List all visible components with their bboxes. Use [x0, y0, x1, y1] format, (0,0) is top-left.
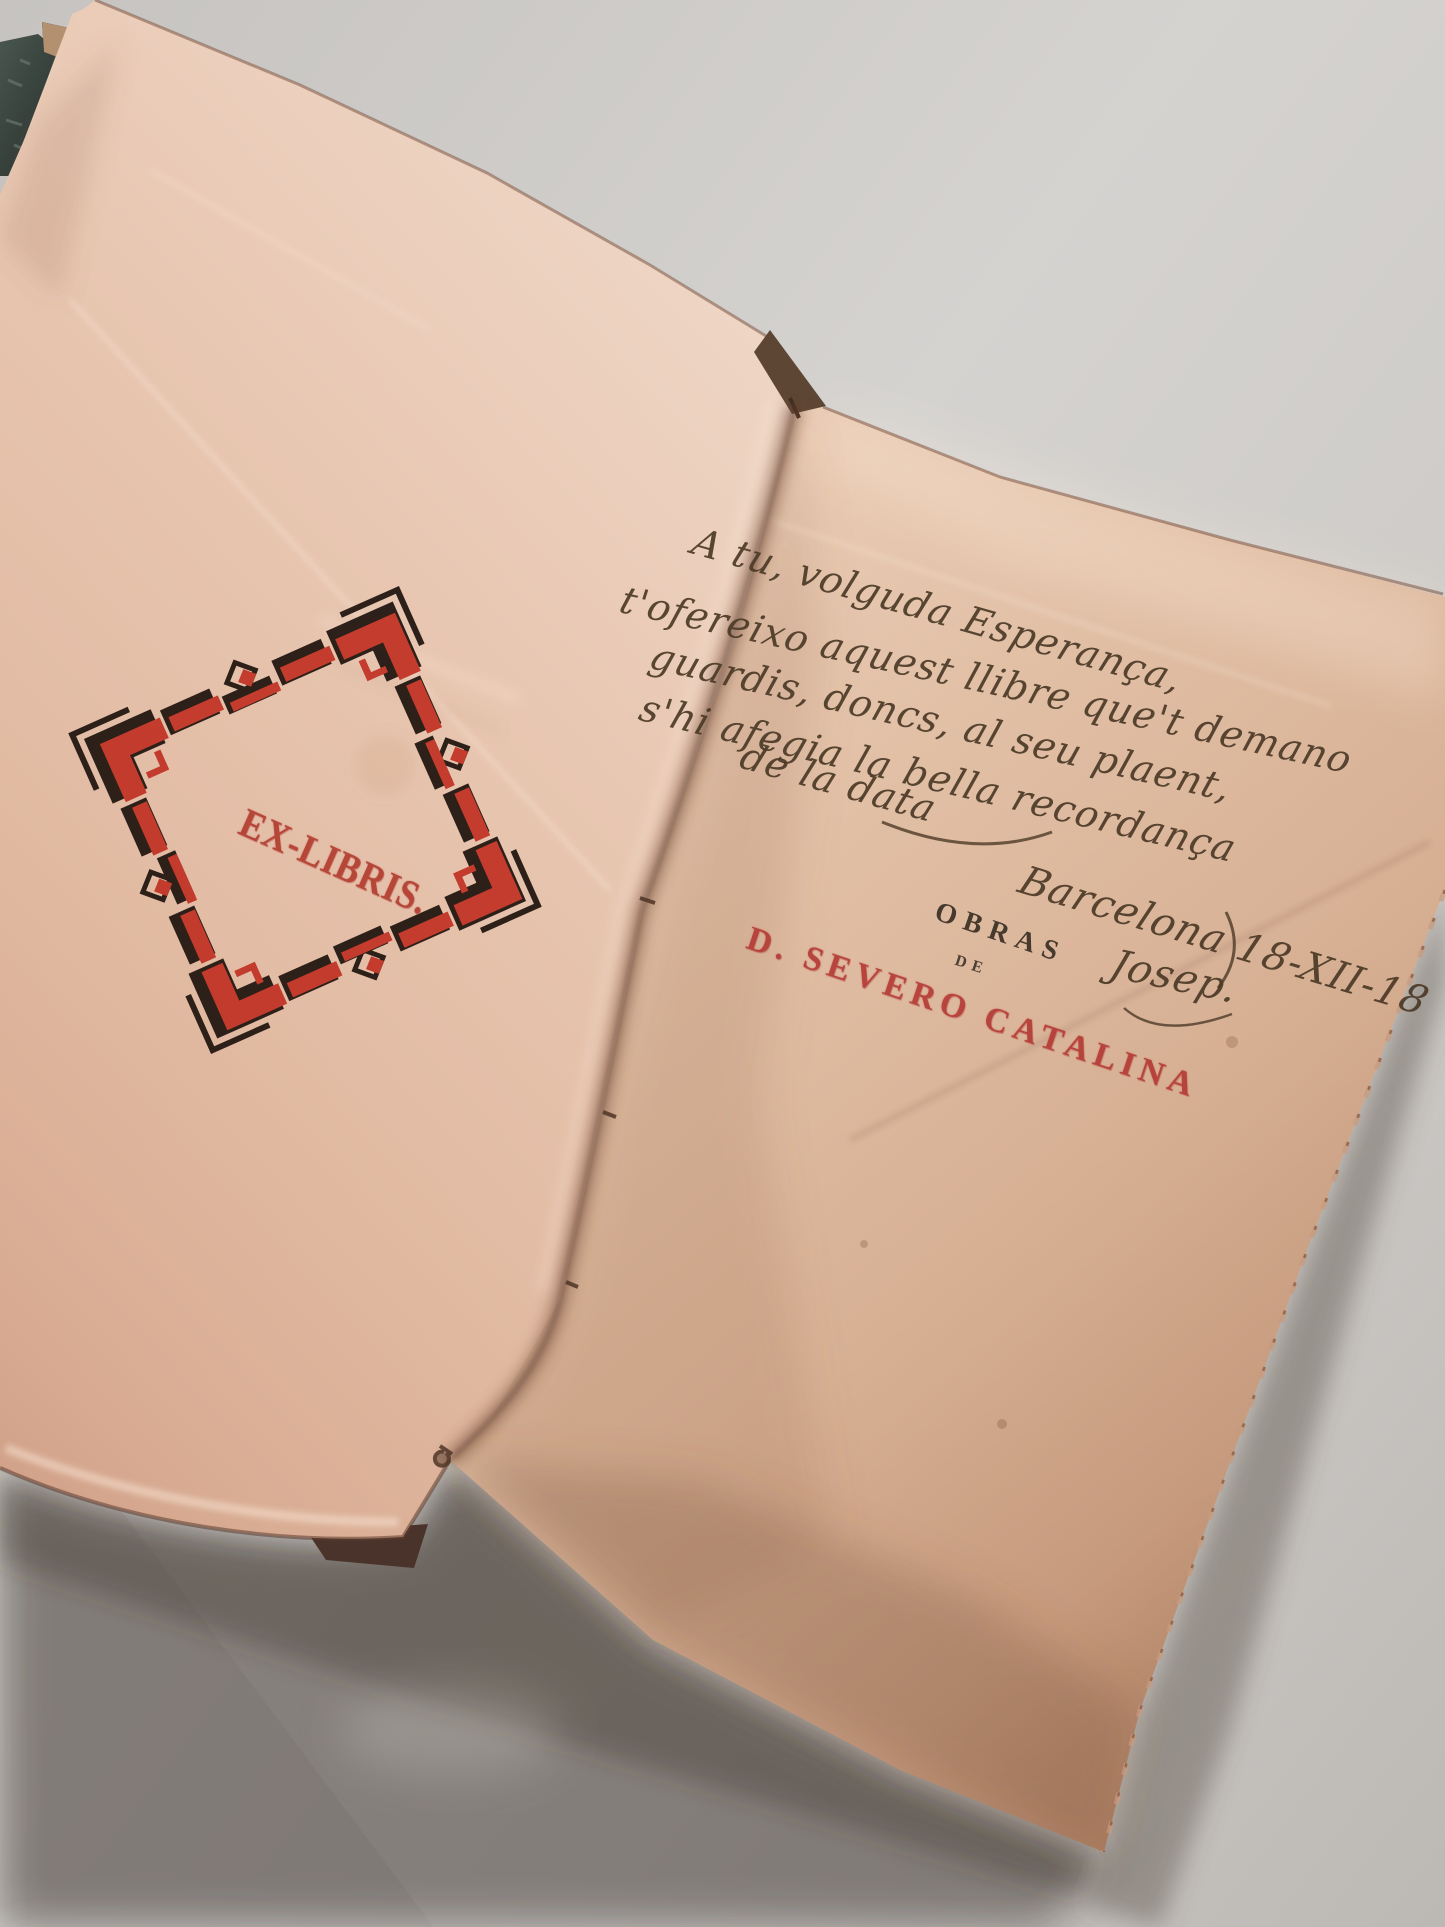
book-photo: EX-LIBRIS. A tu, volguda Esperança, t'of… — [0, 0, 1445, 1927]
